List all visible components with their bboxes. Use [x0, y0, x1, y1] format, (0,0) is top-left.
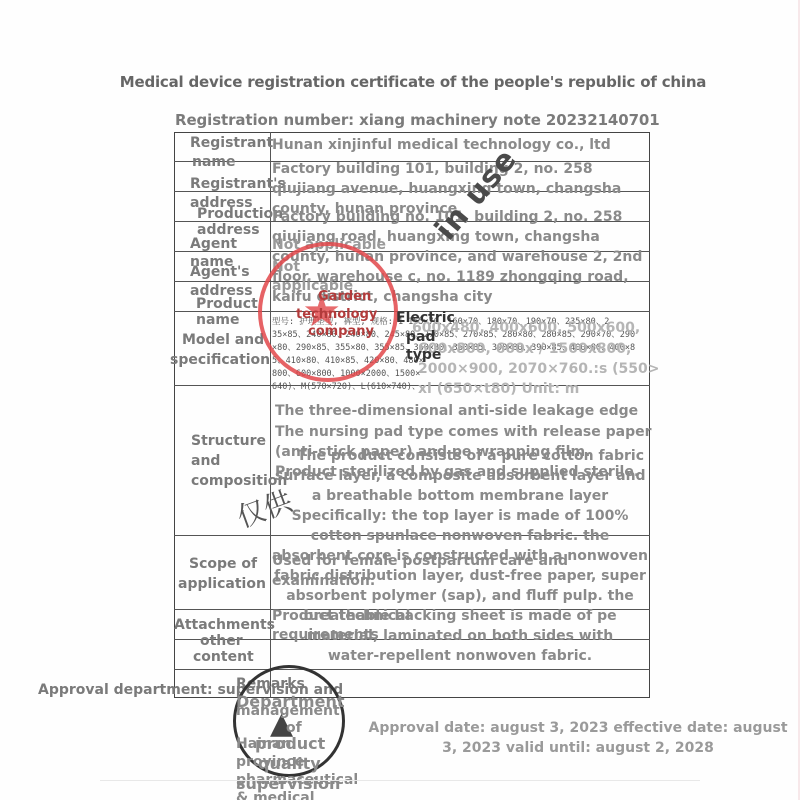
seal-overlay-text: & medical — [236, 790, 315, 800]
seal-overlay-text: Hainan — [236, 736, 291, 752]
label-structure: Structure — [191, 432, 266, 450]
label-agent: Agent — [190, 235, 237, 253]
scan-line: 640)、M(570×720)、L(610×740)、 — [272, 381, 420, 394]
product-overlay-text: pad — [406, 328, 436, 346]
row-divider — [174, 669, 650, 670]
registrant-address-line2: qiujiang avenue, huangxing town, changsh… — [272, 180, 621, 199]
label-agents: Agent's — [190, 263, 250, 281]
spec-overlay-line: xl (650×t80) Unit: m — [418, 380, 579, 399]
scan-artifact — [100, 780, 700, 781]
structure-line: a breathable bottom membrane layer — [270, 486, 650, 506]
certificate-title: Medical device registration certificate … — [0, 73, 800, 91]
scope-line: absorbent polymer (sap), and fluff pulp.… — [270, 586, 650, 606]
label-model-and: Model and — [182, 331, 264, 349]
registrant-name-value: Hunan xinjinful medical technology co., … — [272, 136, 611, 155]
structure-line: surface layer, a composite absorbent lay… — [275, 467, 646, 486]
label-scope-of: Scope of — [189, 555, 257, 573]
label-name: name — [192, 153, 236, 171]
structure-line: Specifically: the top layer is made of 1… — [270, 506, 650, 526]
structure-line: The nursing pad type comes with release … — [275, 423, 652, 442]
label-application: application — [178, 575, 266, 593]
attachments-line: material, laminated on both sides with — [270, 626, 650, 646]
label-name: name — [196, 311, 240, 329]
seal-text: management — [236, 703, 340, 719]
registration-number: Registration number: xiang machinery not… — [175, 111, 660, 129]
spec-overlay-line: 600x800, 600x / 1500x800, — [418, 340, 631, 359]
product-overlay-text: Electric — [396, 309, 455, 327]
registrant-address-line1: Factory building 101, building 2, no. 25… — [272, 160, 593, 179]
spec-overlay-line: 2000×900, 2070×760.:s (550> — [418, 360, 660, 379]
structure-line: The three-dimensional anti-side leakage … — [275, 402, 638, 421]
seal-overlay-text: province — [236, 754, 304, 770]
attachments-line: breathable backing sheet is made of pe — [270, 606, 650, 626]
label-and: and — [191, 452, 220, 470]
seal-text: Garden — [318, 287, 371, 307]
label-specification: specification — [170, 351, 270, 369]
product-overlay-text: type — [406, 346, 441, 364]
other-content-value: water-repellent nonwoven fabric. — [270, 646, 650, 666]
certificate-dates: Approval date: august 3, 2023 effective … — [362, 718, 794, 758]
structure-line: cotton spunlace nonwoven fabric. the — [270, 526, 650, 546]
seal-text: company — [308, 322, 374, 342]
label-content: content — [193, 648, 254, 666]
label-registrant: Registrant — [190, 134, 273, 152]
